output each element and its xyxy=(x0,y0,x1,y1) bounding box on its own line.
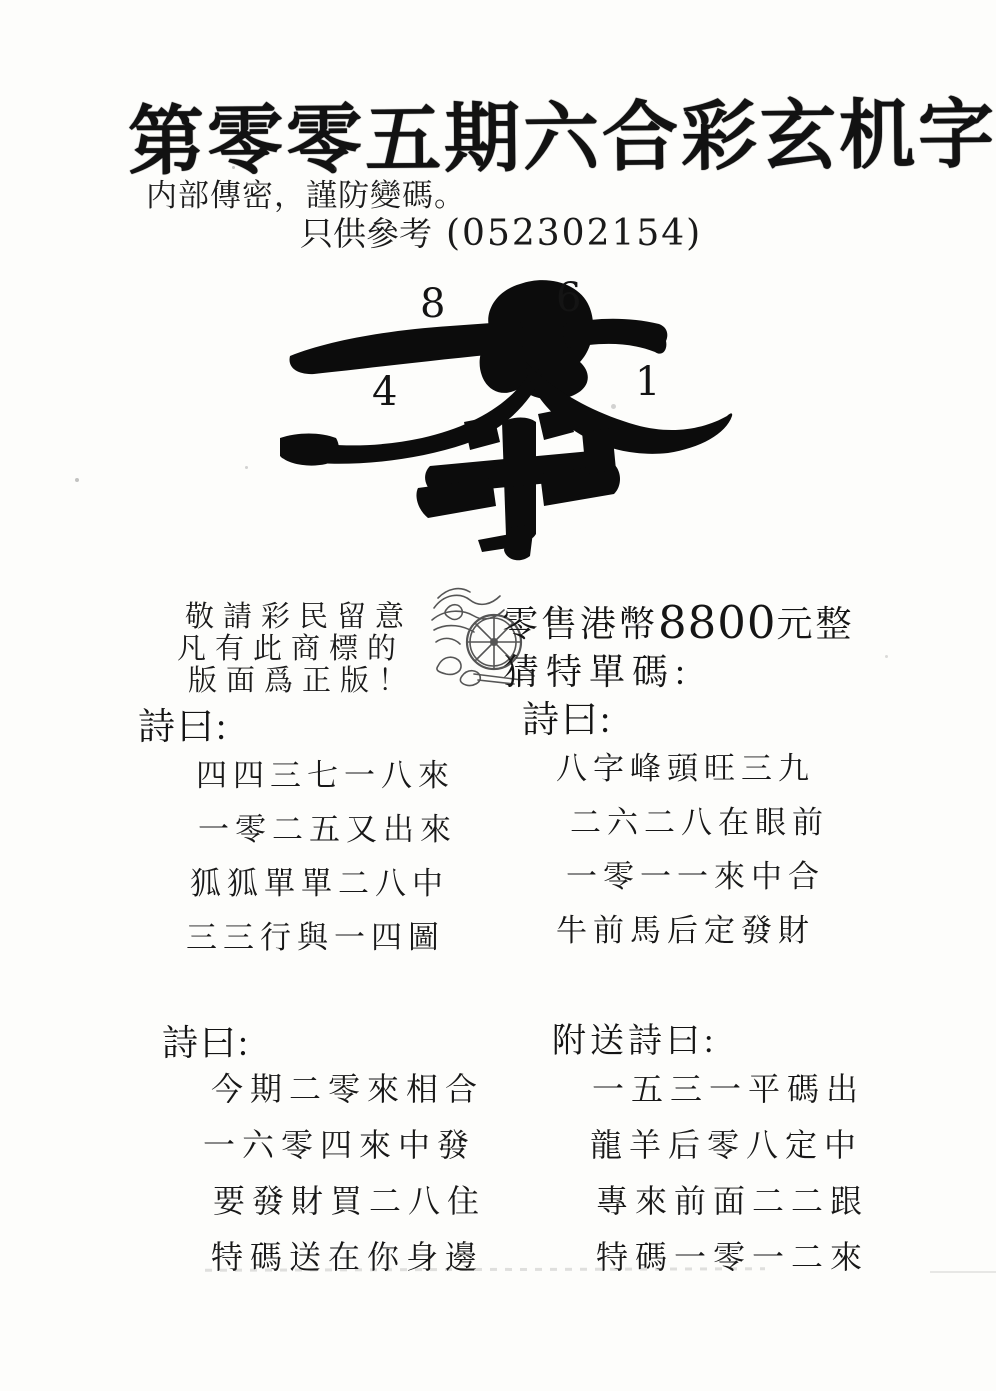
poem-mid-left: 四四三七一八來 一零二五又出來 狐狐單單二八中 三三行與一四圖 xyxy=(190,750,457,966)
poem-line: 要發財買二八住 xyxy=(213,1176,486,1232)
poem-line: 牛前馬后定發財 xyxy=(556,905,829,959)
poem-line: 特碼一零一二來 xyxy=(596,1232,869,1288)
corner-number-bottom-right: 1 xyxy=(635,362,660,402)
poem-bottom-right: 一五三一平碼出 龍羊后零八定中 專來前面二二跟 特碼一零一二來 xyxy=(590,1064,869,1288)
paper-speck xyxy=(75,478,79,482)
paper-speck xyxy=(232,166,235,169)
poem-header-bottom-right: 附送詩曰: xyxy=(552,1013,717,1062)
poem-line: 專來前面二二跟 xyxy=(596,1176,869,1232)
poem-line: 一零二五又出來 xyxy=(198,804,457,858)
poem-line: 八字峰頭旺三九 xyxy=(556,743,829,797)
poem-line: 三三行與一四圖 xyxy=(186,912,457,966)
scan-smudge xyxy=(930,1271,996,1273)
poem-bottom-left: 今期二零來相合 一六零四來中發 要發財買二八住 特碼送在你身邊 xyxy=(203,1064,486,1288)
poem-header-bottom-left: 詩曰: xyxy=(162,1015,250,1066)
poem-line: 特碼送在你身邊 xyxy=(211,1232,486,1288)
poem-line: 一零一一來中合 xyxy=(566,851,829,905)
price-suffix: 元整 xyxy=(777,604,855,644)
poem-line: 一六零四來中發 xyxy=(203,1120,486,1176)
price-prefix: 零售港幣 xyxy=(502,604,658,644)
poem-line: 龍羊后零八定中 xyxy=(590,1120,869,1176)
guess-special-number-label: 猜特單碼: xyxy=(503,644,692,695)
calligraphy-character-icon xyxy=(280,276,750,576)
notice-line: 版面爲正版！ xyxy=(188,665,416,697)
paper-speck xyxy=(334,167,337,170)
retail-price-line: 零售港幣8800元整 xyxy=(502,596,855,649)
corner-number-bottom-left: 4 xyxy=(372,372,397,412)
poem-line: 四四三七一八來 xyxy=(196,750,457,804)
corner-number-top-left: 8 xyxy=(420,284,445,324)
authenticity-notice: 敬請彩民留意 凡有此商標的 版面爲正版！ xyxy=(177,601,416,697)
notice-line: 凡有此商標的 xyxy=(177,633,416,665)
paper-speck xyxy=(611,404,616,409)
poem-mid-right: 八字峰頭旺三九 二六二八在眼前 一零一一來中合 牛前馬后定發財 xyxy=(556,743,829,959)
corner-number-top-right: 6 xyxy=(556,278,581,318)
reference-label: 只供參考 xyxy=(300,217,432,253)
poem-line: 狐狐單單二八中 xyxy=(190,858,457,912)
notice-line: 敬請彩民留意 xyxy=(185,601,416,633)
reference-line: 只供參考(052302154) xyxy=(300,208,702,255)
poem-header-mid-right: 詩曰: xyxy=(522,689,612,743)
price-amount: 8800 xyxy=(658,596,777,649)
poem-line: 一五三一平碼出 xyxy=(592,1064,869,1120)
mystery-character-block: 8 6 4 1 xyxy=(280,276,750,576)
paper-speck xyxy=(245,466,248,469)
lottery-tip-sheet-scan: 第零零五期六合彩玄机字 内部傳密，謹防變碼。 只供參考(052302154) xyxy=(0,0,996,1391)
reference-code: (052302154) xyxy=(446,213,702,254)
paper-speck xyxy=(885,655,888,658)
poem-header-mid-left: 詩曰: xyxy=(138,696,228,750)
poem-line: 今期二零來相合 xyxy=(211,1064,486,1120)
poem-line: 二六二八在眼前 xyxy=(570,797,829,851)
